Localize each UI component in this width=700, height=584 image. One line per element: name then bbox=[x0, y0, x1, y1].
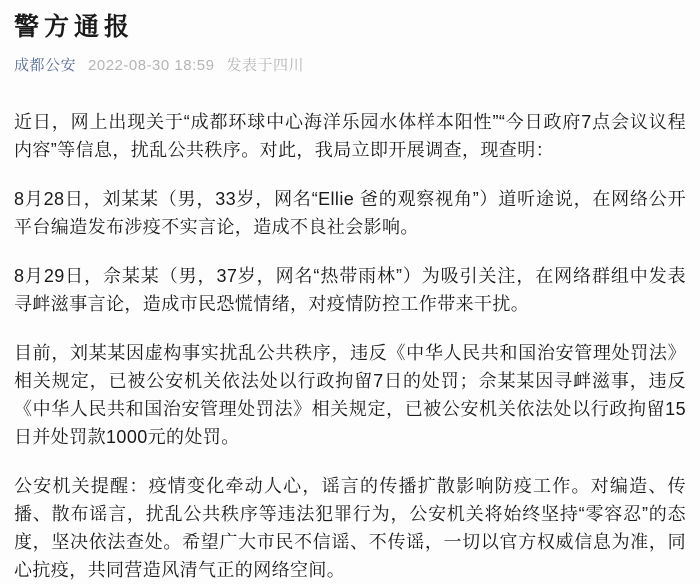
publish-time: 2022-08-30 18:59 bbox=[88, 57, 214, 75]
paragraph-reminder: 公安机关提醒：疫情变化牵动人心，谣言的传播扩散影响防疫工作。对编造、传播、散布谣… bbox=[14, 472, 686, 584]
paragraph-case-1: 8月28日，刘某某（男，33岁，网名“Ellie 爸的观察视角”）道听途说，在网… bbox=[14, 185, 686, 241]
paragraph-intro: 近日，网上出现关于“成都环球中心海洋乐园水体样本阳性”“今日政府7点会议议程内容… bbox=[14, 108, 686, 164]
article-content: 近日，网上出现关于“成都环球中心海洋乐园水体样本阳性”“今日政府7点会议议程内容… bbox=[14, 108, 686, 584]
account-name[interactable]: 成都公安 bbox=[14, 57, 76, 75]
article-byline: 成都公安 2022-08-30 18:59 发表于四川 bbox=[14, 57, 686, 75]
publish-location: 发表于四川 bbox=[226, 57, 304, 75]
article-title: 警方通报 bbox=[14, 12, 686, 42]
paragraph-punishment: 目前，刘某某因虚构事实扰乱公共秩序，违反《中华人民共和国治安管理处罚法》相关规定… bbox=[14, 339, 686, 451]
article-page: 警方通报 成都公安 2022-08-30 18:59 发表于四川 近日，网上出现… bbox=[0, 0, 700, 584]
paragraph-case-2: 8月29日，佘某某（男，37岁，网名“热带雨林”）为吸引关注，在网络群组中发表寻… bbox=[14, 262, 686, 318]
